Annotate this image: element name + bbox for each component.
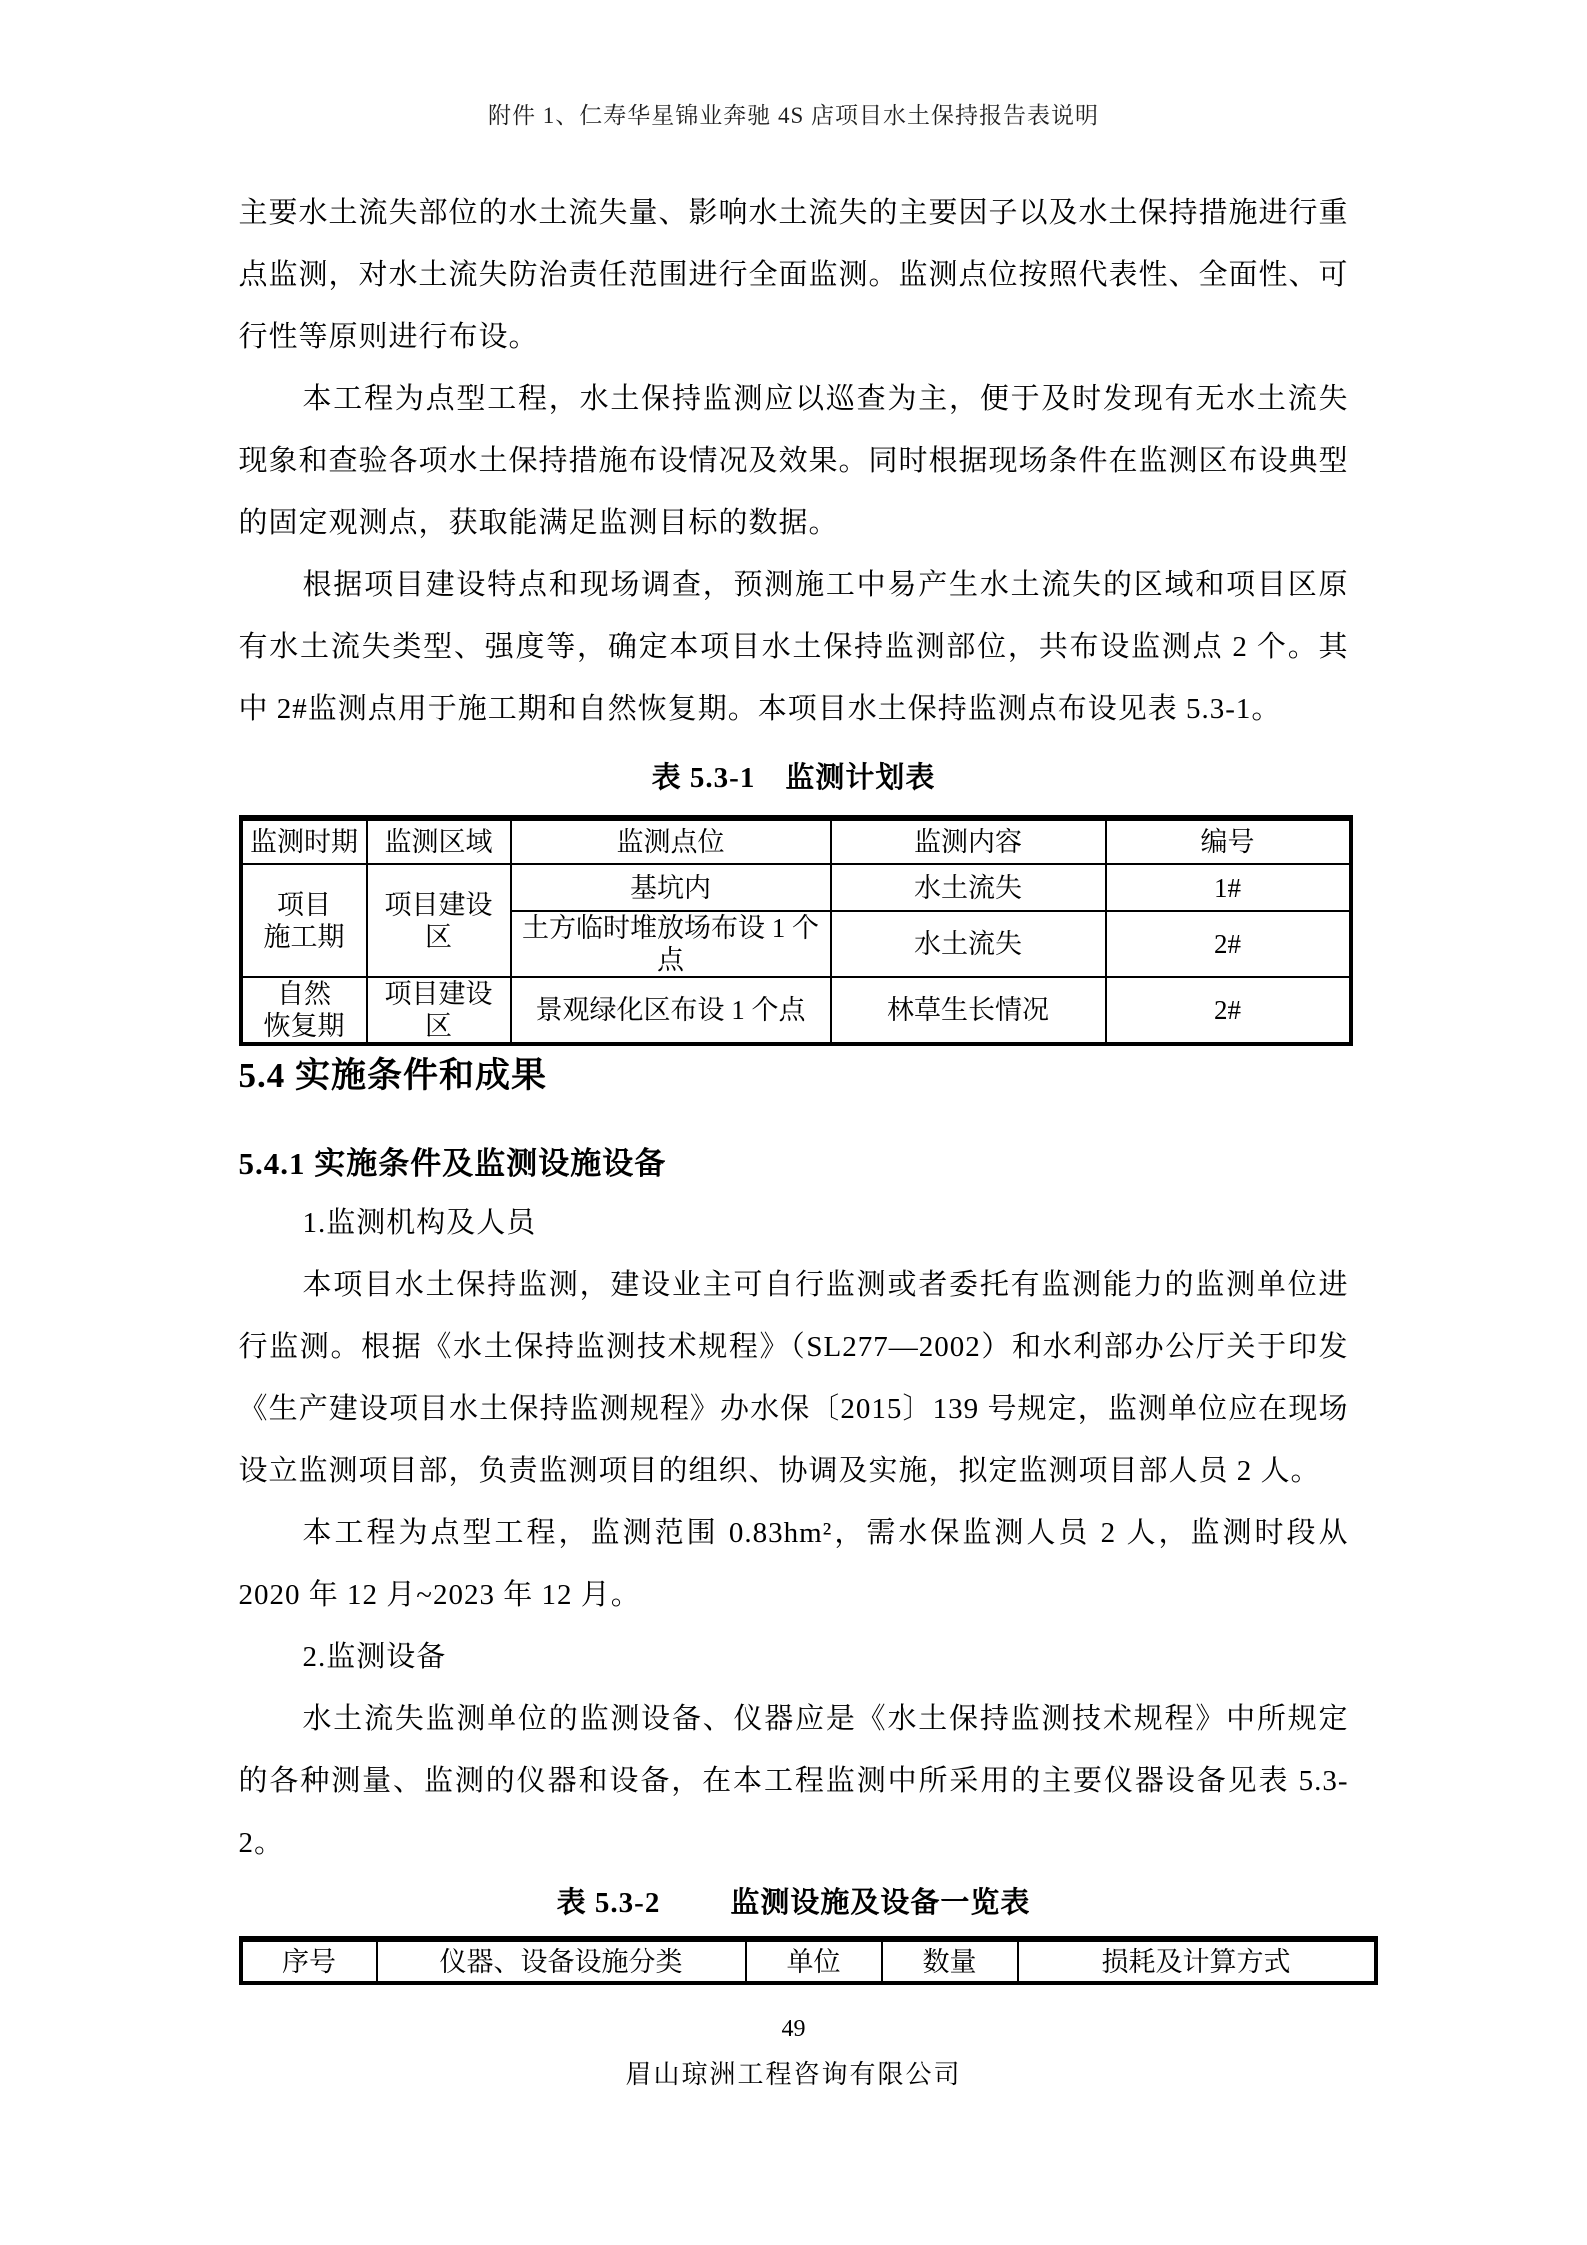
section-heading-5-4: 5.4 实施条件和成果: [239, 1051, 1349, 1101]
document-body: 主要水土流失部位的水土流失量、影响水土流失的主要因子以及水土保持措施进行重点监测…: [239, 182, 1349, 1985]
table-caption-531: 表 5.3-1监测计划表: [239, 748, 1349, 808]
equipment-table: 序号 仪器、设备设施分类 单位 数量 损耗及计算方式: [239, 1936, 1378, 1985]
table-caption-label: 表 5.3-1: [652, 762, 756, 794]
paragraph: 本项目水土保持监测，建设业主可自行监测或者委托有监测能力的监测单位进行监测。根据…: [239, 1254, 1349, 1502]
table-cell-period: 项目 施工期: [241, 864, 367, 977]
table-cell-area: 项目建设区: [367, 864, 511, 977]
table-header-cell: 监测内容: [831, 818, 1106, 864]
table-row: 项目 施工期 项目建设区 基坑内 水土流失 1#: [241, 864, 1351, 911]
document-header: 附件 1、仁寿华星锦业奔驰 4S 店项目水土保持报告表说明: [0, 0, 1587, 132]
table-caption-text: 监测计划表: [785, 762, 935, 794]
table-header-cell: 损耗及计算方式: [1018, 1939, 1376, 1983]
list-item: 1.监测机构及人员: [239, 1192, 1349, 1254]
table-cell-id: 2#: [1106, 911, 1351, 977]
paragraph: 本工程为点型工程，水土保持监测应以巡查为主，便于及时发现有无水土流失现象和查验各…: [239, 368, 1349, 554]
table-header-cell: 数量: [882, 1939, 1018, 1983]
paragraph: 根据项目建设特点和现场调查，预测施工中易产生水土流失的区域和项目区原有水土流失类…: [239, 554, 1349, 740]
table-header-cell: 单位: [746, 1939, 882, 1983]
table-cell-point: 景观绿化区布设 1 个点: [511, 977, 831, 1044]
table-cell-id: 1#: [1106, 864, 1351, 911]
document-page: 附件 1、仁寿华星锦业奔驰 4S 店项目水土保持报告表说明 主要水土流失部位的水…: [0, 0, 1587, 2245]
table-cell-point: 基坑内: [511, 864, 831, 911]
table-caption-text: 监测设施及设备一览表: [730, 1887, 1030, 1919]
table-caption-label: 表 5.3-2: [557, 1887, 661, 1919]
paragraph: 水土流失监测单位的监测设备、仪器应是《水土保持监测技术规程》中所规定的各种测量、…: [239, 1688, 1349, 1874]
table-cell-id: 2#: [1106, 977, 1351, 1044]
table-header-cell: 监测时期: [241, 818, 367, 864]
table-header-cell: 监测区域: [367, 818, 511, 864]
table-header-row: 序号 仪器、设备设施分类 单位 数量 损耗及计算方式: [241, 1939, 1376, 1983]
table-header-cell: 编号: [1106, 818, 1351, 864]
table-caption-532: 表 5.3-2监测设施及设备一览表: [239, 1874, 1349, 1932]
section-heading-5-4-1: 5.4.1 实施条件及监测设施设备: [239, 1141, 1349, 1187]
table-cell-area: 项目建设区: [367, 977, 511, 1044]
table-cell-content: 林草生长情况: [831, 977, 1106, 1044]
monitoring-plan-table: 监测时期 监测区域 监测点位 监测内容 编号 项目 施工期 项目建设区 基坑内 …: [239, 815, 1353, 1046]
table-cell-point: 土方临时堆放场布设 1 个点: [511, 911, 831, 977]
table-header-cell: 监测点位: [511, 818, 831, 864]
paragraph: 本工程为点型工程，监测范围 0.83hm²，需水保监测人员 2 人，监测时段从 …: [239, 1502, 1349, 1626]
table-cell-content: 水土流失: [831, 911, 1106, 977]
table-cell-period: 自然 恢复期: [241, 977, 367, 1044]
table-header-cell: 序号: [241, 1939, 377, 1983]
footer-company: 眉山琼洲工程咨询有限公司: [0, 2057, 1587, 2093]
paragraph-continuation: 主要水土流失部位的水土流失量、影响水土流失的主要因子以及水土保持措施进行重点监测…: [239, 182, 1349, 368]
table-row: 自然 恢复期 项目建设区 景观绿化区布设 1 个点 林草生长情况 2#: [241, 977, 1351, 1044]
page-number: 49: [0, 2009, 1587, 2049]
table-header-cell: 仪器、设备设施分类: [377, 1939, 746, 1983]
list-item: 2.监测设备: [239, 1626, 1349, 1688]
table-cell-content: 水土流失: [831, 864, 1106, 911]
table-header-row: 监测时期 监测区域 监测点位 监测内容 编号: [241, 818, 1351, 864]
